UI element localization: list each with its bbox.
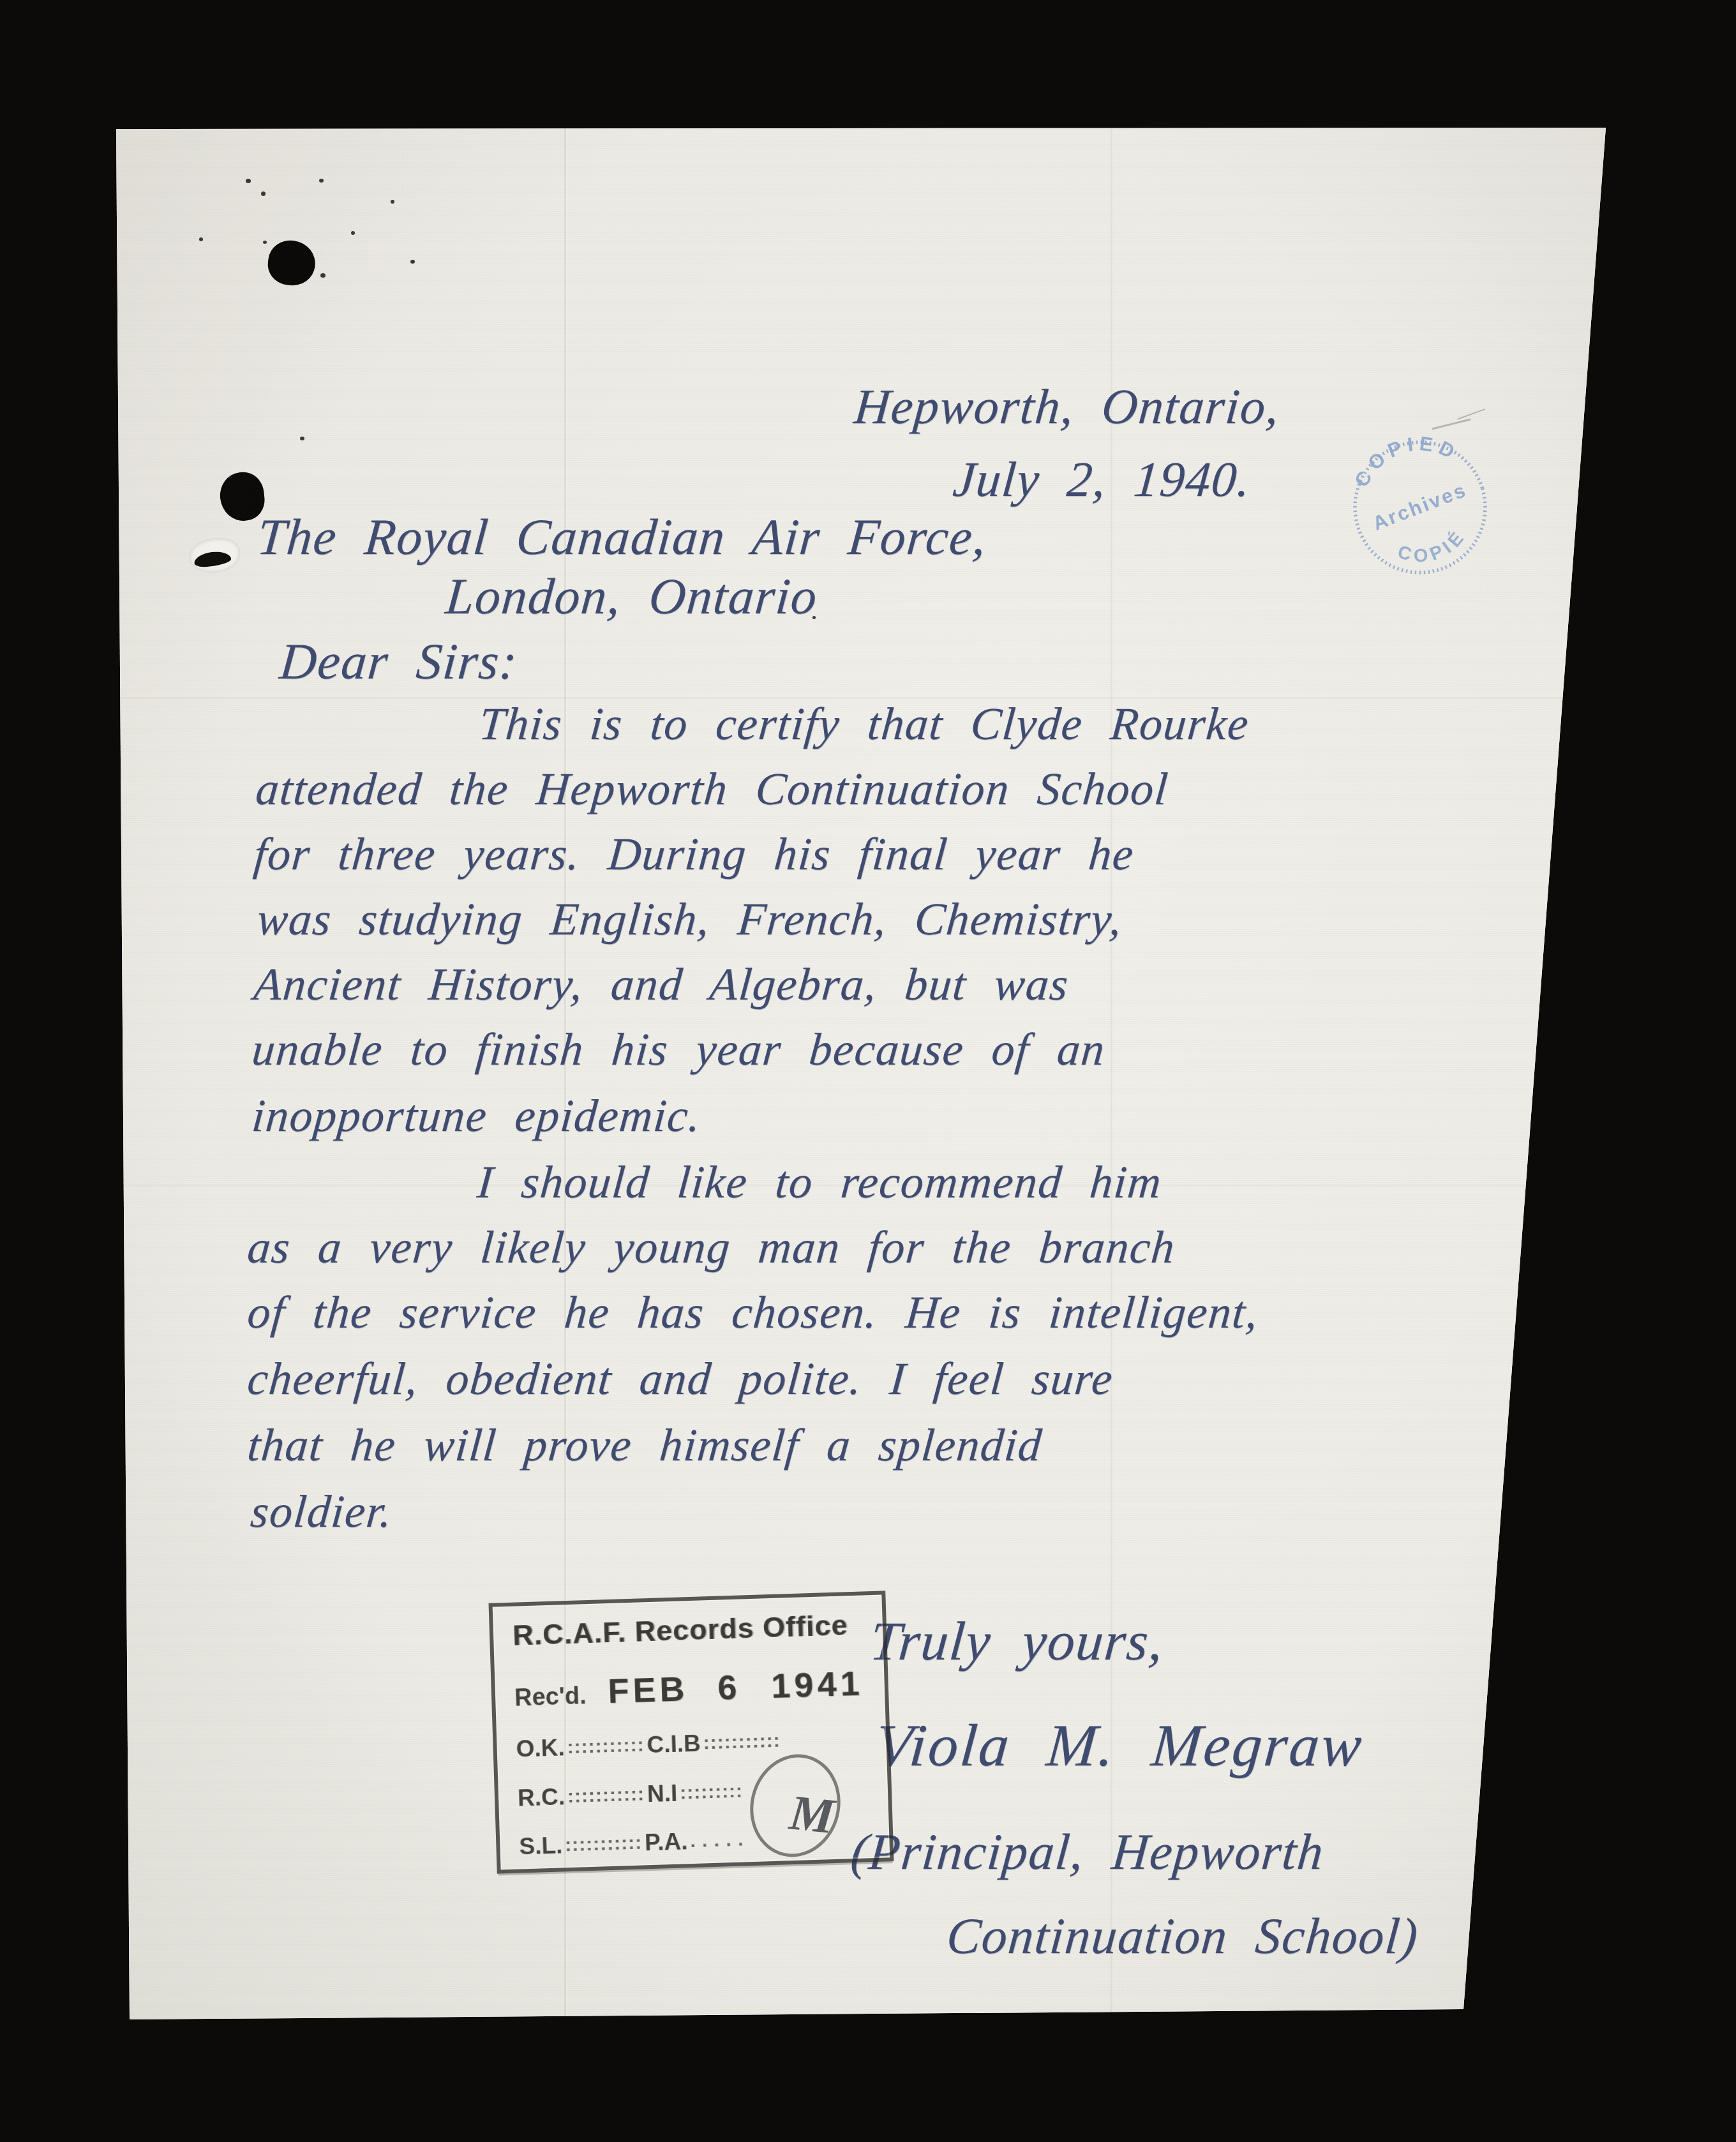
body-line: was studying English, French, Chemistry, xyxy=(255,896,1125,942)
stamp-field-label: R.C. xyxy=(517,1783,565,1811)
dotted-leader: . . . . . xyxy=(690,1829,744,1853)
stamp-field-label: P.A. xyxy=(645,1828,688,1856)
body-line: attended the Hepworth Continuation Schoo… xyxy=(254,766,1171,812)
received-year: 1941 xyxy=(770,1663,864,1705)
letter-page: Hepworth, Ontario, July 2, 1940. The Roy… xyxy=(0,0,1736,2142)
signature-title-line: Continuation School) xyxy=(945,1911,1421,1962)
paper-speck xyxy=(263,241,267,244)
received-label: Rec'd. xyxy=(514,1682,587,1712)
dotted-leader: ::::::::::: xyxy=(703,1730,781,1755)
stamp-title: R.C.A.F. Records Office xyxy=(512,1608,867,1652)
ink-blot xyxy=(193,550,232,569)
body-line: cheerful, obedient and polite. I feel su… xyxy=(246,1356,1115,1402)
signature-title-line: (Principal, Hepworth xyxy=(849,1827,1326,1878)
paper-speck xyxy=(199,237,203,241)
dotted-leader: ::::::::::: xyxy=(567,1734,645,1758)
letter-date-line: July 2, 1940. xyxy=(951,454,1253,504)
stamp-arc-bottom-text: COPIÉ xyxy=(1390,521,1475,576)
stamp-received-line: Rec'd. FEB 6 1941 xyxy=(514,1663,870,1714)
svg-text:COPIÉ: COPIÉ xyxy=(1390,521,1475,576)
dotted-leader: ::::::::::: xyxy=(565,1832,643,1857)
stamp-field-label: C.I.B xyxy=(647,1730,701,1759)
body-line: I should like to recommend him xyxy=(475,1159,1164,1205)
paper-speck xyxy=(261,191,266,196)
body-line: Ancient History, and Algebra, but was xyxy=(252,961,1070,1007)
paper-speck xyxy=(410,260,415,264)
body-line: soldier. xyxy=(249,1488,394,1534)
signature: Viola M. Megraw xyxy=(873,1716,1366,1776)
archives-copied-stamp: COPIED COPIÉ Archives xyxy=(1298,386,1542,629)
fold-crease-vertical xyxy=(1111,0,1112,2142)
body-line: inopportune epidemic. xyxy=(250,1093,703,1139)
stamp-field-label: S.L. xyxy=(519,1832,563,1860)
body-line: unable to finish his year because of an xyxy=(250,1026,1107,1072)
paper-speck xyxy=(246,179,251,183)
stamp-row-ok: O.K. ::::::::::: C.I.B ::::::::::: xyxy=(516,1725,871,1762)
paper-speck xyxy=(319,179,324,183)
body-line: that he will prove himself a splendid xyxy=(246,1422,1044,1468)
body-line: of the service he has chosen. He is inte… xyxy=(246,1289,1261,1335)
paper-speck xyxy=(320,273,325,278)
closing: Truly yours, xyxy=(868,1614,1166,1668)
punch-hole xyxy=(265,237,318,288)
body-line: as a very likely young man for the branc… xyxy=(246,1224,1178,1270)
recipient-line: London, Ontario xyxy=(444,571,819,622)
salutation: Dear Sirs: xyxy=(278,636,520,687)
paper-speck xyxy=(351,231,355,235)
received-month: FEB xyxy=(607,1669,689,1711)
stamp-field-label: O.K. xyxy=(516,1734,565,1762)
stamp-field-label: N.I xyxy=(647,1779,678,1807)
paper-speck xyxy=(300,437,304,440)
received-day: 6 xyxy=(717,1667,741,1707)
recipient-line: The Royal Canadian Air Force, xyxy=(255,512,989,563)
monogram-initial: M xyxy=(787,1783,837,1845)
body-line: for three years. During his final year h… xyxy=(252,831,1136,877)
torn-hole xyxy=(189,538,240,573)
dotted-leader: ::::::::: xyxy=(680,1780,744,1804)
body-line: This is to certify that Clyde Rourke xyxy=(477,701,1251,747)
dotted-leader: ::::::::::: xyxy=(567,1783,645,1808)
letter-place-line: Hepworth, Ontario, xyxy=(852,382,1282,431)
paper-speck xyxy=(391,200,394,204)
rcaf-records-office-stamp: R.C.A.F. Records Office Rec'd. FEB 6 194… xyxy=(488,1591,894,1873)
